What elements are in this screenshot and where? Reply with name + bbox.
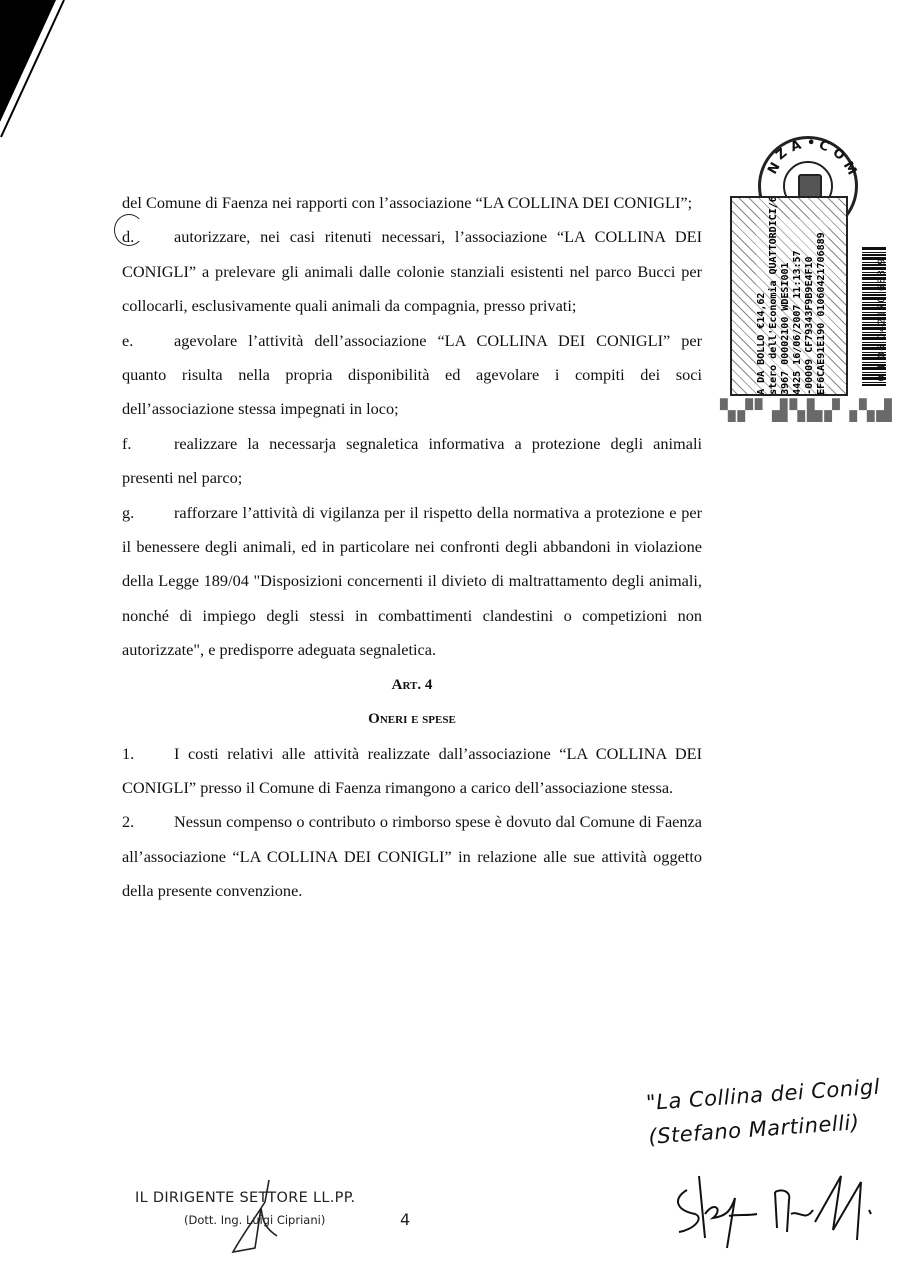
item-label: e. xyxy=(122,324,174,358)
marca-da-bollo: MARCA DA BOLLO €14,62 Ministero dell'Eco… xyxy=(730,196,848,396)
item-text: agevolare l’attività dell’associazione “… xyxy=(122,331,702,419)
list-item-g: g.rafforzare l’attività di vigilanza per… xyxy=(122,496,702,668)
paragraph-continuation: del Comune di Faenza nei rapporti con l’… xyxy=(122,186,702,220)
item-text: rafforzare l’attività di vigilanza per i… xyxy=(122,503,702,660)
stamp-smudge: ▚▞▘▟▚▙▞▗▚▟ xyxy=(720,398,890,426)
item-label: 1. xyxy=(122,737,174,771)
circled-label: d. xyxy=(122,220,134,254)
article-subheading: Oneri e spese xyxy=(122,702,702,736)
scan-edge-shadow xyxy=(0,0,70,140)
item-label: 2. xyxy=(122,805,174,839)
article-heading: Art. 4 xyxy=(122,668,702,702)
item-label: g. xyxy=(122,496,174,530)
document-body: del Comune di Faenza nei rapporti con l’… xyxy=(122,186,702,909)
item-text: Nessun compenso o contributo o rimborso … xyxy=(122,812,702,900)
item-text: I costi relativi alle attività realizzat… xyxy=(122,744,702,797)
item-label: f. xyxy=(122,427,174,461)
bollo-text: MARCA DA BOLLO €14,62 Ministero dell'Eco… xyxy=(756,219,828,396)
list-item-f: f.realizzare la necessarja segnaletica i… xyxy=(122,427,702,496)
article-item-2: 2.Nessun compenso o contributo o rimbors… xyxy=(122,805,702,908)
list-item-d: d.autorizzare, nei casi ritenuti necessa… xyxy=(122,220,702,323)
handwritten-note: "La Collina dei Conigl (Stefano Martinel… xyxy=(645,1070,884,1154)
list-item-e: e.agevolare l’attività dell’associazione… xyxy=(122,324,702,427)
item-text: autorizzare, nei casi ritenuti necessari… xyxy=(122,227,702,315)
item-text: realizzare la necessarja segnaletica inf… xyxy=(122,434,702,487)
signature-cipriani xyxy=(225,1178,285,1258)
page-number: 4 xyxy=(400,1210,410,1229)
item-label: d. xyxy=(122,220,174,254)
revenue-stamp: N Z A • C O M MARCA DA BOLLO €14,62 Mini… xyxy=(726,136,896,431)
signature-martinelli xyxy=(665,1170,895,1250)
barcode-digits: 0 1 06 042170 688 9 xyxy=(877,242,888,382)
article-item-1: 1.I costi relativi alle attività realizz… xyxy=(122,737,702,806)
